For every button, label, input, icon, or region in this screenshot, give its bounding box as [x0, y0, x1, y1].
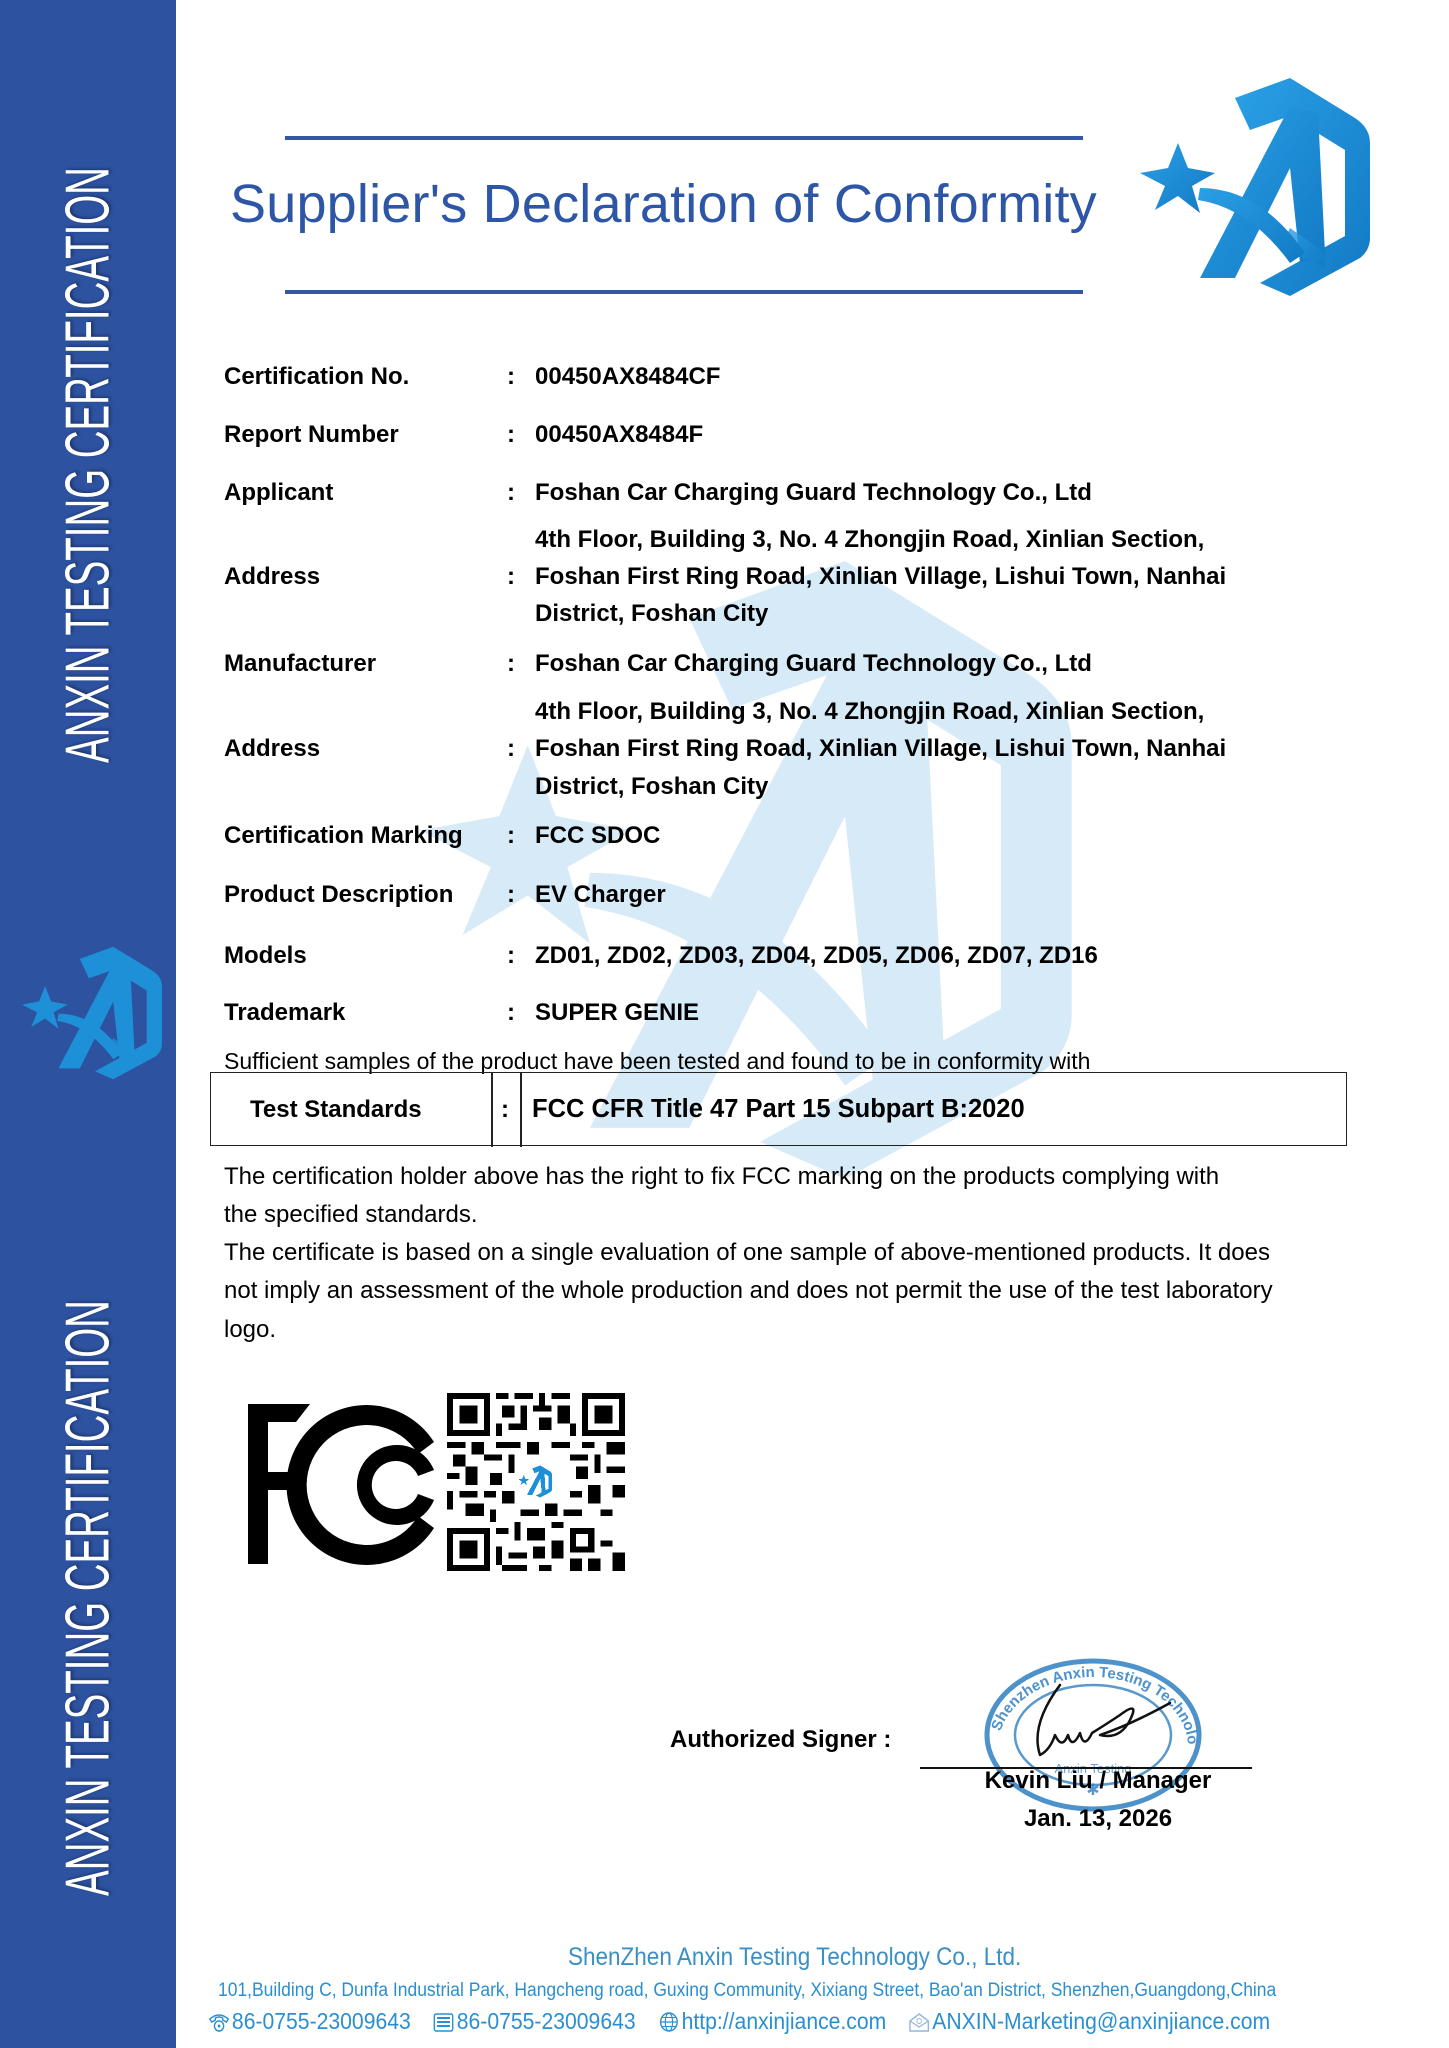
- field-label-product-description: Product Description: [224, 881, 453, 909]
- paragraph-line: The certification holder above has the r…: [224, 1163, 1219, 1191]
- field-value-manufacturer-address-line: 4th Floor, Building 3, No. 4 Zhongjin Ro…: [535, 698, 1204, 726]
- paragraph-line: the specified standards.: [224, 1201, 478, 1229]
- field-label-trademark: Trademark: [224, 999, 345, 1027]
- field-value-applicant-address-line: 4th Floor, Building 3, No. 4 Zhongjin Ro…: [535, 526, 1204, 554]
- field-colon: :: [507, 479, 515, 507]
- field-colon: :: [507, 363, 515, 391]
- footer-phone: 86-0755-23009643: [208, 2008, 411, 2035]
- side-band: ANXIN TESTING CERTIFICATION ANXIN TESTIN…: [0, 0, 176, 2048]
- mail-icon: [908, 2011, 930, 2033]
- field-value-manufacturer-address-line: Foshan First Ring Road, Xinlian Village,…: [535, 735, 1226, 763]
- table-divider: [491, 1072, 493, 1147]
- header-rule-top: [285, 136, 1083, 140]
- field-label-manufacturer: Manufacturer: [224, 650, 376, 678]
- field-label-manufacturer-address: Address: [224, 735, 320, 763]
- authorized-signer-label: Authorized Signer :: [670, 1726, 891, 1754]
- field-value-applicant-address-line: District, Foshan City: [535, 600, 768, 628]
- table-divider: [520, 1072, 522, 1147]
- field-value-applicant: Foshan Car Charging Guard Technology Co.…: [535, 479, 1092, 507]
- header-rule-bottom: [285, 290, 1083, 294]
- conformity-intro: Sufficient samples of the product have b…: [224, 1048, 1090, 1075]
- field-value-manufacturer-address-line: District, Foshan City: [535, 773, 768, 801]
- footer-fax: 86-0755-23009643: [433, 2008, 636, 2035]
- field-colon: :: [507, 942, 515, 970]
- field-colon: :: [507, 822, 515, 850]
- fcc-logo-icon: [248, 1402, 436, 1568]
- field-label-certification-no: Certification No.: [224, 363, 409, 391]
- field-value-report-number: 00450AX8484F: [535, 421, 703, 449]
- standards-colon: :: [501, 1096, 509, 1124]
- qr-code-icon[interactable]: [446, 1393, 626, 1571]
- field-value-trademark: SUPER GENIE: [535, 999, 699, 1027]
- field-value-manufacturer: Foshan Car Charging Guard Technology Co.…: [535, 650, 1092, 678]
- footer-email[interactable]: ANXIN-Marketing@anxinjiance.com: [908, 2008, 1270, 2035]
- field-colon: :: [507, 421, 515, 449]
- field-value-product-description: EV Charger: [535, 881, 666, 909]
- phone-icon: [208, 2011, 230, 2033]
- field-value-certification-marking: FCC SDOC: [535, 822, 660, 850]
- field-label-applicant: Applicant: [224, 479, 333, 507]
- paragraph-line: The certificate is based on a single eva…: [224, 1239, 1270, 1267]
- fax-icon: [433, 2011, 455, 2033]
- field-label-models: Models: [224, 942, 307, 970]
- band-text-bottom: ANXIN TESTING CERTIFICATION: [53, 1300, 124, 1896]
- field-colon: :: [507, 735, 515, 763]
- svg-text:Shenzhen Anxin Testing Technol: Shenzhen Anxin Testing Technology Co.,Lt…: [980, 1655, 1201, 1745]
- footer-address: 101,Building C, Dunfa Industrial Park, H…: [218, 1980, 1276, 2002]
- field-label-certification-marking: Certification Marking: [224, 822, 463, 850]
- field-value-certification-no: 00450AX8484CF: [535, 363, 720, 391]
- globe-icon: [658, 2011, 680, 2033]
- signer-name: Kevin Liu / Manager: [978, 1767, 1218, 1795]
- page-title: Supplier's Declaration of Conformity: [230, 173, 1097, 235]
- field-colon: :: [507, 999, 515, 1027]
- standards-label: Test Standards: [250, 1096, 422, 1124]
- standards-value: FCC CFR Title 47 Part 15 Subpart B:2020: [532, 1095, 1025, 1124]
- footer-contact-row: 86-0755-23009643 86-0755-23009643 http:/…: [208, 2008, 1270, 2035]
- field-colon: :: [507, 650, 515, 678]
- field-label-report-number: Report Number: [224, 421, 399, 449]
- field-label-applicant-address: Address: [224, 563, 320, 591]
- field-value-models: ZD01, ZD02, ZD03, ZD04, ZD05, ZD06, ZD07…: [535, 942, 1098, 970]
- band-text-top: ANXIN TESTING CERTIFICATION: [53, 167, 124, 763]
- footer-company-name: ShenZhen Anxin Testing Technology Co., L…: [568, 1943, 1021, 1972]
- anxin-logo-icon: [1140, 78, 1380, 296]
- signature-date: Jan. 13, 2026: [978, 1805, 1218, 1833]
- field-colon: :: [507, 881, 515, 909]
- footer-website[interactable]: http://anxinjiance.com: [658, 2008, 887, 2035]
- anxin-logo-icon: [22, 946, 168, 1080]
- paragraph-line: logo.: [224, 1316, 276, 1344]
- paragraph-line: not imply an assessment of the whole pro…: [224, 1277, 1273, 1305]
- field-value-applicant-address-line: Foshan First Ring Road, Xinlian Village,…: [535, 563, 1226, 591]
- field-colon: :: [507, 563, 515, 591]
